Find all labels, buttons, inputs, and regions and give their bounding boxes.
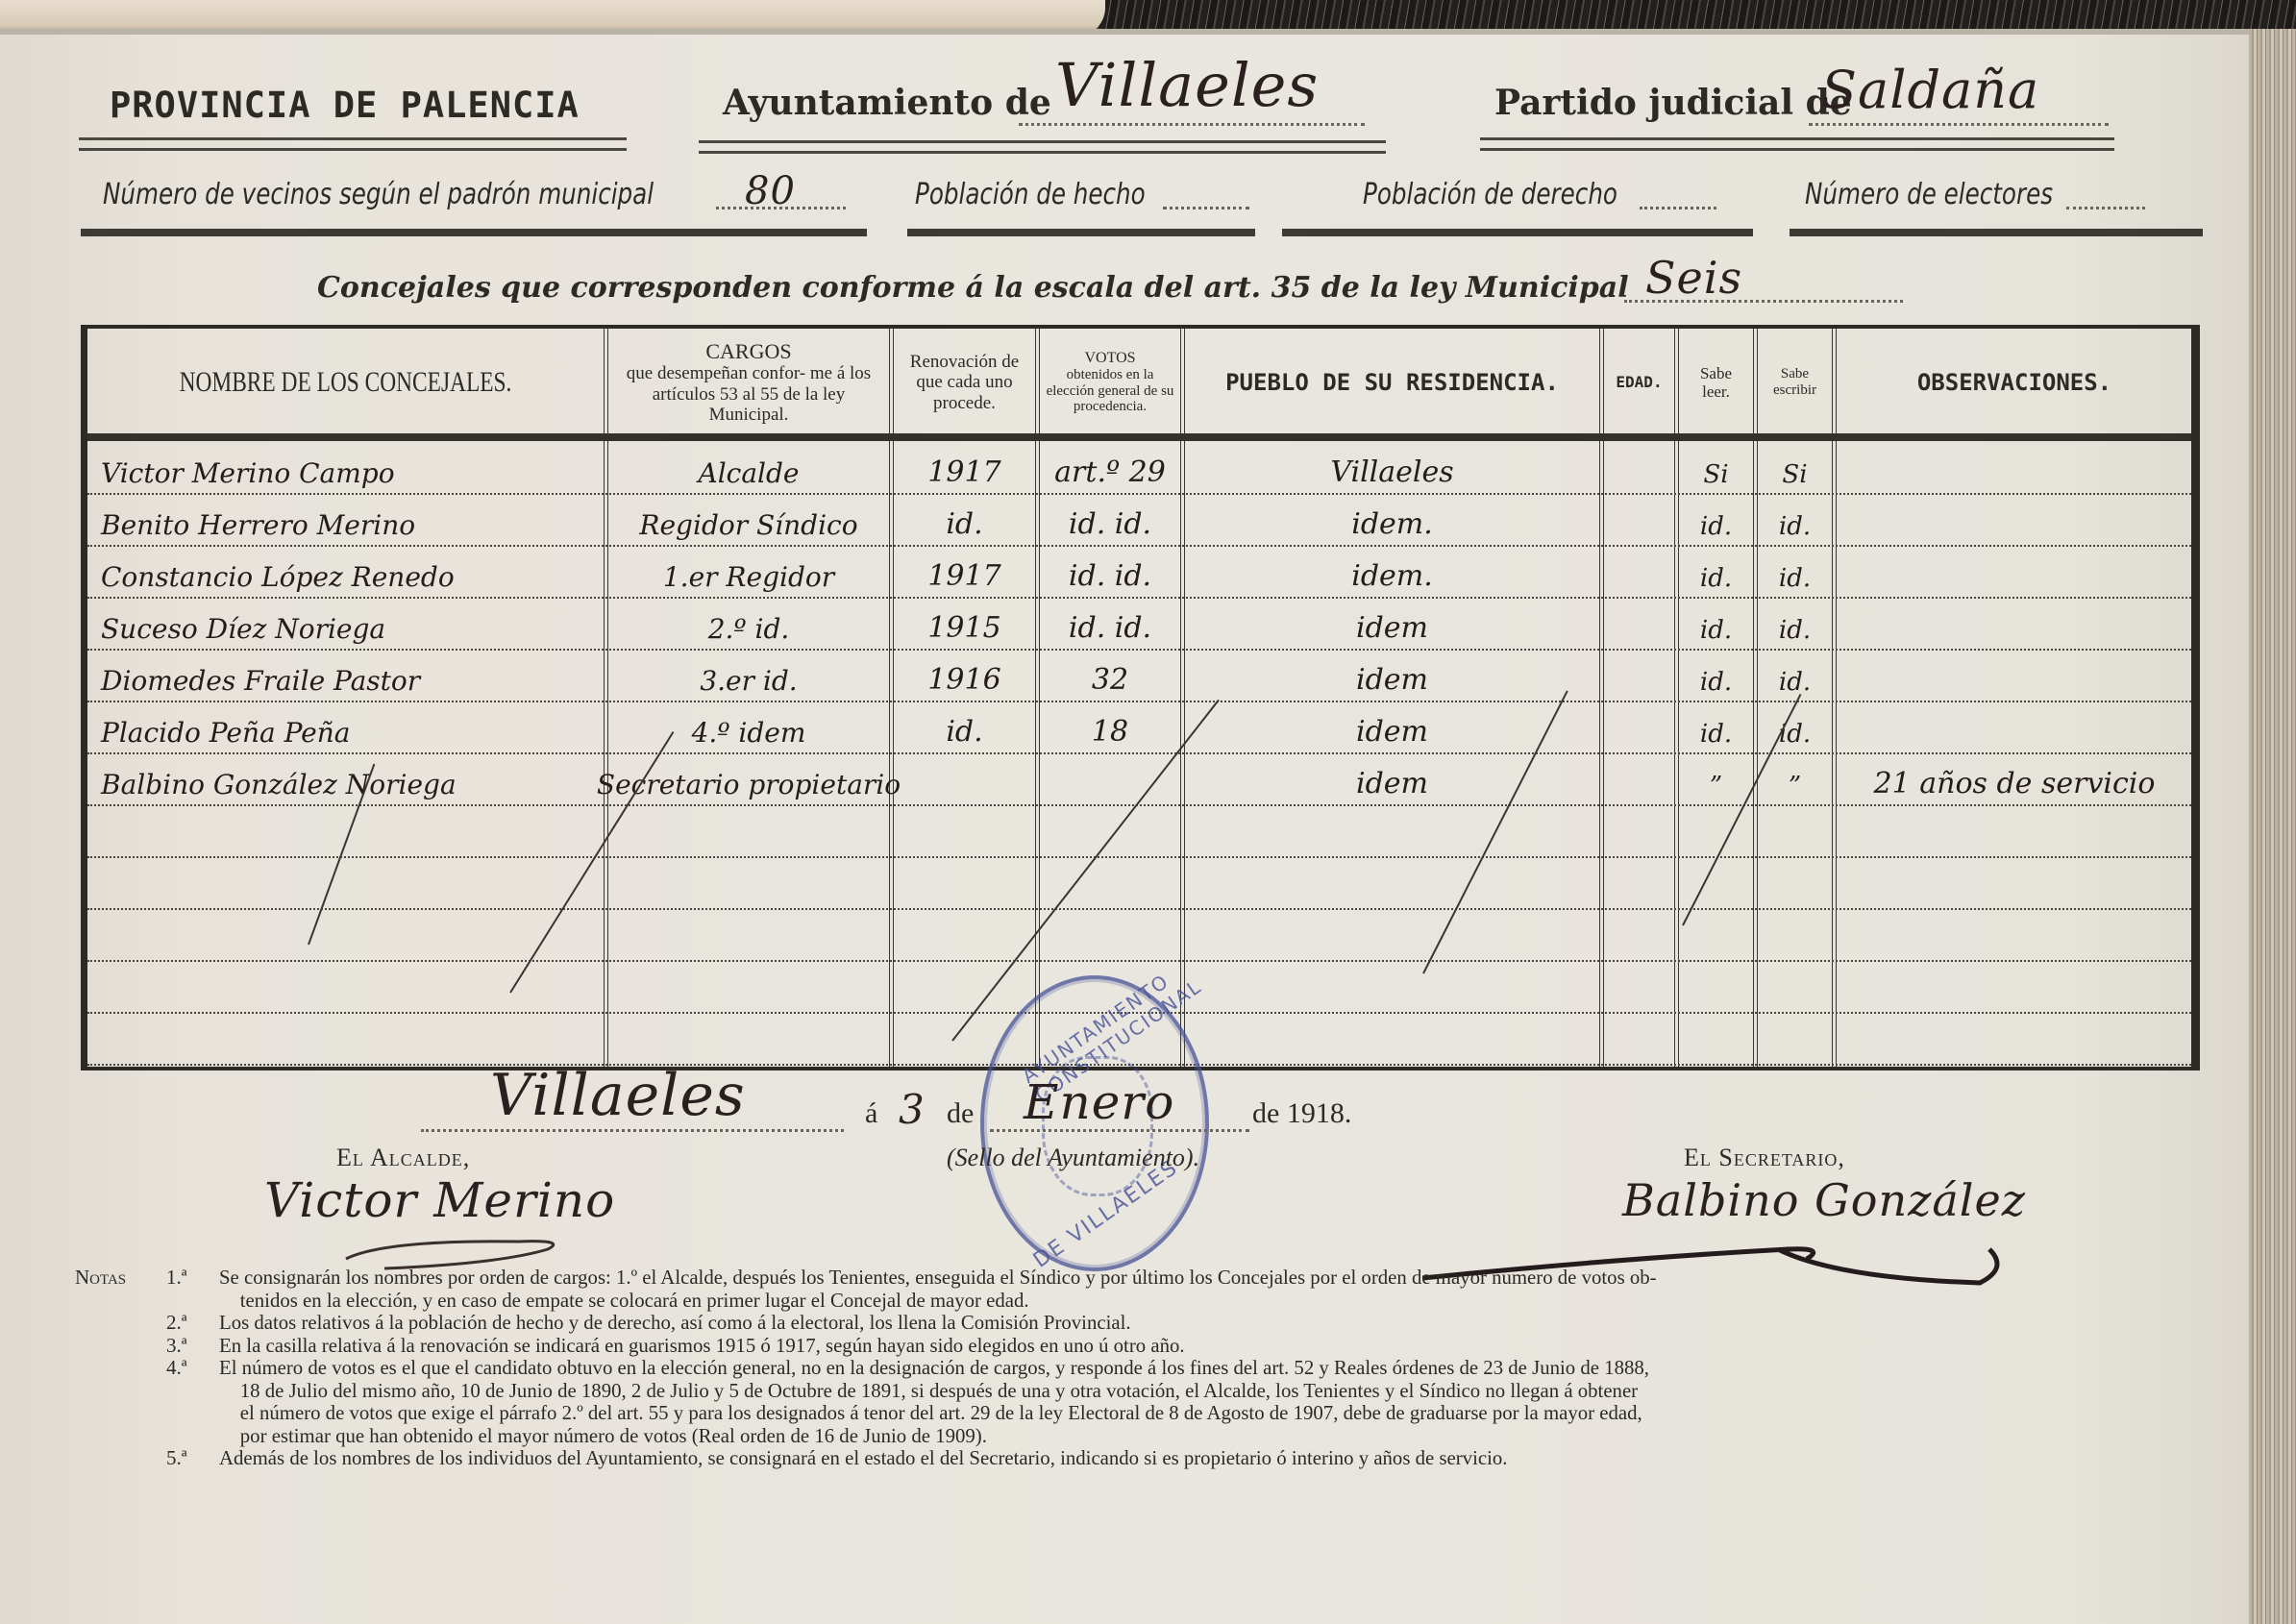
table-header-rule: [87, 433, 2191, 441]
note-text: por estimar que han obtenido el mayor nú…: [219, 1425, 2188, 1448]
cell-edad[interactable]: [1604, 597, 1674, 649]
cell-votos[interactable]: id. id.: [1040, 493, 1180, 545]
cell-renovacion[interactable]: id.: [894, 493, 1035, 545]
cell-edad[interactable]: [1604, 752, 1674, 804]
cell-edad[interactable]: [1604, 649, 1674, 701]
partido-label: Partido judicial de: [1494, 83, 1852, 123]
cell-edad[interactable]: [1604, 493, 1674, 545]
table-row: Victor Merino CampoAlcalde1917art.º 29Vi…: [87, 441, 2191, 495]
table-row: [87, 856, 2191, 910]
note-line: 2.ªLos datos relativos á la población de…: [75, 1312, 2209, 1335]
cell-cargo[interactable]: 1.er Regidor: [608, 545, 889, 597]
cell-nombre[interactable]: Constancio López Renedo: [87, 545, 604, 597]
header-votos: VOTOS obtenidos en la elección general d…: [1040, 334, 1180, 431]
cell-nombre[interactable]: Benito Herrero Merino: [87, 493, 604, 545]
header-votos-title: VOTOS: [1084, 350, 1135, 367]
header-sabe-leer: Sabe leer.: [1679, 334, 1753, 431]
cell-cargo[interactable]: 4.º idem: [608, 701, 889, 752]
cell-nombre[interactable]: [87, 908, 604, 960]
cell-observaciones[interactable]: [1837, 597, 2192, 649]
note-number: [166, 1402, 219, 1425]
poblacion-derecho-field[interactable]: [1640, 207, 1716, 209]
note-number: 5.ª: [166, 1447, 219, 1470]
date-month[interactable]: Enero: [1024, 1074, 1174, 1130]
cell-observaciones[interactable]: [1837, 441, 2192, 493]
cell-sabe-escribir[interactable]: [1758, 908, 1832, 960]
cell-pueblo[interactable]: [1185, 1012, 1599, 1064]
cell-sabe-leer[interactable]: id.: [1679, 649, 1753, 701]
secretario-signature: Balbino González: [1622, 1174, 2026, 1226]
cell-cargo[interactable]: Alcalde: [608, 441, 889, 493]
cell-nombre[interactable]: Suceso Díez Noriega: [87, 597, 604, 649]
cell-pueblo[interactable]: [1185, 908, 1599, 960]
cell-sabe-leer[interactable]: [1679, 804, 1753, 856]
cell-pueblo[interactable]: [1185, 960, 1599, 1012]
table-row: [87, 908, 2191, 962]
date-place-dotline: [421, 1129, 844, 1132]
note-line: Notas1.ªSe consignarán los nombres por o…: [75, 1267, 2209, 1290]
province-title: PROVINCIA DE PALENCIA: [110, 85, 580, 126]
cell-cargo[interactable]: [608, 960, 889, 1012]
header-renovacion: Renovación de que cada uno procede.: [894, 334, 1035, 431]
table-row: Diomedes Fraile Pastor3.er id.191632idem…: [87, 649, 2191, 702]
cell-observaciones[interactable]: [1837, 493, 2192, 545]
poblacion-hecho-field[interactable]: [1163, 207, 1249, 209]
cell-sabe-leer[interactable]: Si: [1679, 441, 1753, 493]
header-cargos: CARGOS que desempeñan confor- me á los a…: [608, 334, 889, 431]
header-votos-sub: obtenidos en la elección general de su p…: [1044, 367, 1176, 415]
cell-pueblo[interactable]: idem: [1185, 597, 1599, 649]
cell-cargo[interactable]: [608, 856, 889, 908]
table-row: Suceso Díez Noriega2.º id.1915id. id.ide…: [87, 597, 2191, 651]
notes-label: [75, 1402, 166, 1425]
note-number: 2.ª: [166, 1312, 219, 1335]
electores-field[interactable]: [2066, 207, 2145, 209]
header-nombre: NOMBRE DE LOS CONCEJALES.: [144, 334, 547, 431]
note-text: el número de votos que exige el párrafo …: [219, 1402, 2188, 1425]
note-line: 5.ªAdemás de los nombres de los individu…: [75, 1447, 2209, 1470]
cell-votos[interactable]: [1040, 752, 1180, 804]
note-number: 1.ª: [166, 1267, 219, 1290]
cell-observaciones[interactable]: [1837, 960, 2192, 1012]
notes-section: Notas1.ªSe consignarán los nombres por o…: [75, 1267, 2209, 1470]
note-text: 18 de Julio del mismo año, 10 de Junio d…: [219, 1380, 2188, 1403]
cell-cargo[interactable]: [608, 908, 889, 960]
table-row: [87, 804, 2191, 858]
cell-observaciones[interactable]: [1837, 1012, 2192, 1064]
note-line: tenidos en la elección, y en caso de emp…: [75, 1290, 2209, 1313]
cell-observaciones[interactable]: [1837, 804, 2192, 856]
cell-nombre[interactable]: [87, 804, 604, 856]
notes-label: [75, 1335, 166, 1358]
notes-label: [75, 1357, 166, 1380]
cell-cargo[interactable]: Secretario propietario: [608, 752, 889, 804]
note-number: [166, 1380, 219, 1403]
cell-pueblo[interactable]: idem: [1185, 701, 1599, 752]
date-year: de 1918.: [1252, 1097, 1351, 1130]
cell-votos[interactable]: [1040, 908, 1180, 960]
cell-sabe-escribir[interactable]: [1758, 1012, 1832, 1064]
cell-pueblo[interactable]: [1185, 856, 1599, 908]
ayuntamiento-value[interactable]: Villaeles: [1055, 50, 1319, 120]
cell-edad[interactable]: [1604, 545, 1674, 597]
cell-nombre[interactable]: Victor Merino Campo: [87, 441, 604, 493]
header-rule: [907, 229, 1255, 236]
cell-renovacion[interactable]: [894, 856, 1035, 908]
table-row: Placido Peña Peña4.º idemid.18idemid.id.: [87, 701, 2191, 754]
table-row: Constancio López Renedo1.er Regidor1917i…: [87, 545, 2191, 599]
ayuntamiento-label: Ayuntamiento de: [723, 83, 1051, 123]
note-text: Los datos relativos á la población de he…: [219, 1312, 2188, 1335]
cell-edad[interactable]: [1604, 804, 1674, 856]
date-de: de: [947, 1097, 974, 1130]
vecinos-value[interactable]: 80: [745, 169, 796, 213]
cell-nombre[interactable]: Balbino González Noriega: [87, 752, 604, 804]
cell-observaciones[interactable]: [1837, 649, 2192, 701]
cell-sabe-leer[interactable]: [1679, 1012, 1753, 1064]
cell-edad[interactable]: [1604, 908, 1674, 960]
header-cargos-sub: que desempeñan confor- me á los artículo…: [614, 363, 883, 425]
cell-observaciones[interactable]: 21 años de servicio: [1837, 752, 2192, 804]
cell-sabe-leer[interactable]: [1679, 908, 1753, 960]
cell-sabe-escribir[interactable]: id.: [1758, 597, 1832, 649]
secretario-label: El Secretario,: [1684, 1144, 1845, 1172]
cell-votos[interactable]: 18: [1040, 701, 1180, 752]
cell-sabe-leer[interactable]: id.: [1679, 701, 1753, 752]
cell-pueblo[interactable]: Villaeles: [1185, 441, 1599, 493]
cell-pueblo[interactable]: [1185, 804, 1599, 856]
cell-sabe-leer[interactable]: id.: [1679, 545, 1753, 597]
cell-renovacion[interactable]: id.: [894, 701, 1035, 752]
cell-sabe-escribir[interactable]: ”: [1758, 752, 1832, 804]
concejales-table: NOMBRE DE LOS CONCEJALES. CARGOS que des…: [81, 325, 2200, 1070]
cell-sabe-escribir[interactable]: Si: [1758, 441, 1832, 493]
header-rule: [81, 229, 867, 236]
cell-votos[interactable]: art.º 29: [1040, 441, 1180, 493]
cell-renovacion[interactable]: [894, 960, 1035, 1012]
notes-label: Notas: [75, 1267, 166, 1290]
cell-renovacion[interactable]: [894, 908, 1035, 960]
cell-sabe-leer[interactable]: id.: [1679, 493, 1753, 545]
note-number: [166, 1425, 219, 1448]
notes-label: [75, 1447, 166, 1470]
cell-edad[interactable]: [1604, 856, 1674, 908]
cell-sabe-escribir[interactable]: [1758, 960, 1832, 1012]
cell-renovacion[interactable]: 1915: [894, 597, 1035, 649]
header-observaciones: OBSERVACIONES.: [1837, 334, 2192, 431]
cell-sabe-escribir[interactable]: id.: [1758, 493, 1832, 545]
seal-caption: (Sello del Ayuntamiento).: [947, 1144, 1199, 1172]
partido-dotline: [1809, 123, 2109, 126]
partido-value[interactable]: Saldaña: [1821, 60, 2039, 120]
cell-nombre[interactable]: Placido Peña Peña: [87, 701, 604, 752]
cell-pueblo[interactable]: idem: [1185, 649, 1599, 701]
note-text: tenidos en la elección, y en caso de emp…: [219, 1290, 2188, 1313]
cell-renovacion[interactable]: 1917: [894, 545, 1035, 597]
note-line: 3.ªEn la casilla relativa á la renovació…: [75, 1335, 2209, 1358]
header-rule: [1282, 229, 1753, 236]
header-rule: [79, 137, 627, 151]
table-row: Benito Herrero MerinoRegidor Síndicoid.i…: [87, 493, 2191, 547]
date-place[interactable]: Villaeles: [490, 1062, 746, 1129]
cell-cargo[interactable]: 3.er id.: [608, 649, 889, 701]
date-a: á: [865, 1097, 877, 1130]
note-line: 4.ªEl número de votos es el que el candi…: [75, 1357, 2209, 1380]
cell-sabe-leer[interactable]: ”: [1679, 752, 1753, 804]
cell-cargo[interactable]: [608, 1012, 889, 1064]
cell-cargo[interactable]: 2.º id.: [608, 597, 889, 649]
notes-label: [75, 1380, 166, 1403]
cell-renovacion[interactable]: 1916: [894, 649, 1035, 701]
poblacion-derecho-label: Población de derecho: [1363, 178, 1617, 211]
cell-observaciones[interactable]: [1837, 856, 2192, 908]
notes-label: [75, 1312, 166, 1335]
vecinos-label: Número de vecinos según el padrón munici…: [103, 178, 654, 211]
header-rule: [1480, 137, 2114, 151]
cell-observaciones[interactable]: [1837, 908, 2192, 960]
cell-sabe-escribir[interactable]: [1758, 856, 1832, 908]
note-line: por estimar que han obtenido el mayor nú…: [75, 1425, 2209, 1448]
header-rule: [1790, 229, 2203, 236]
cell-votos[interactable]: id. id.: [1040, 597, 1180, 649]
cell-sabe-escribir[interactable]: [1758, 804, 1832, 856]
book-page-edges: [2249, 29, 2296, 1624]
cell-sabe-leer[interactable]: [1679, 960, 1753, 1012]
cell-cargo[interactable]: Regidor Síndico: [608, 493, 889, 545]
cell-edad[interactable]: [1604, 960, 1674, 1012]
ayuntamiento-dotline: [1019, 123, 1365, 126]
notes-label: [75, 1425, 166, 1448]
notes-label: [75, 1290, 166, 1313]
cell-votos[interactable]: 32: [1040, 649, 1180, 701]
cell-votos[interactable]: [1040, 804, 1180, 856]
cell-nombre[interactable]: Diomedes Fraile Pastor: [87, 649, 604, 701]
cell-pueblo[interactable]: idem.: [1185, 545, 1599, 597]
note-text: El número de votos es el que el candidat…: [219, 1357, 2188, 1380]
electores-label: Número de electores: [1805, 178, 2053, 211]
note-number: 4.ª: [166, 1357, 219, 1380]
cell-votos[interactable]: id. id.: [1040, 545, 1180, 597]
cell-edad[interactable]: [1604, 1012, 1674, 1064]
cell-sabe-leer[interactable]: id.: [1679, 597, 1753, 649]
cell-renovacion[interactable]: [894, 804, 1035, 856]
cell-pueblo[interactable]: idem.: [1185, 493, 1599, 545]
cell-sabe-leer[interactable]: [1679, 856, 1753, 908]
cell-observaciones[interactable]: [1837, 545, 2192, 597]
note-text: Se consignarán los nombres por orden de …: [219, 1267, 2188, 1290]
cell-nombre[interactable]: [87, 1012, 604, 1064]
poblacion-hecho-label: Población de hecho: [915, 178, 1146, 211]
cell-edad[interactable]: [1604, 441, 1674, 493]
cell-observaciones[interactable]: [1837, 701, 2192, 752]
cell-sabe-escribir[interactable]: id.: [1758, 701, 1832, 752]
header-cargos-title: CARGOS: [705, 340, 791, 364]
cell-edad[interactable]: [1604, 701, 1674, 752]
date-day[interactable]: 3: [899, 1086, 926, 1133]
note-number: 3.ª: [166, 1335, 219, 1358]
concejales-value[interactable]: Seis: [1645, 252, 1742, 304]
header-sabe-escribir: Sabe escribir: [1758, 334, 1832, 431]
note-number: [166, 1290, 219, 1313]
cell-nombre[interactable]: [87, 856, 604, 908]
note-text: Además de los nombres de los individuos …: [219, 1447, 2188, 1470]
cell-cargo[interactable]: [608, 804, 889, 856]
cell-renovacion[interactable]: 1917: [894, 441, 1035, 493]
note-line: 18 de Julio del mismo año, 10 de Junio d…: [75, 1380, 2209, 1403]
alcalde-label: El Alcalde,: [336, 1144, 470, 1172]
cell-pueblo[interactable]: idem: [1185, 752, 1599, 804]
header-edad: EDAD.: [1604, 334, 1674, 431]
cell-renovacion[interactable]: [894, 752, 1035, 804]
header-rule: [699, 140, 1386, 154]
cell-sabe-escribir[interactable]: id.: [1758, 545, 1832, 597]
cell-sabe-escribir[interactable]: id.: [1758, 649, 1832, 701]
note-line: el número de votos que exige el párrafo …: [75, 1402, 2209, 1425]
header-pueblo: PUEBLO DE SU RESIDENCIA.: [1185, 334, 1599, 431]
concejales-label: Concejales que corresponden conforme á l…: [317, 271, 1629, 305]
note-text: En la casilla relativa á la renovación s…: [219, 1335, 2188, 1358]
